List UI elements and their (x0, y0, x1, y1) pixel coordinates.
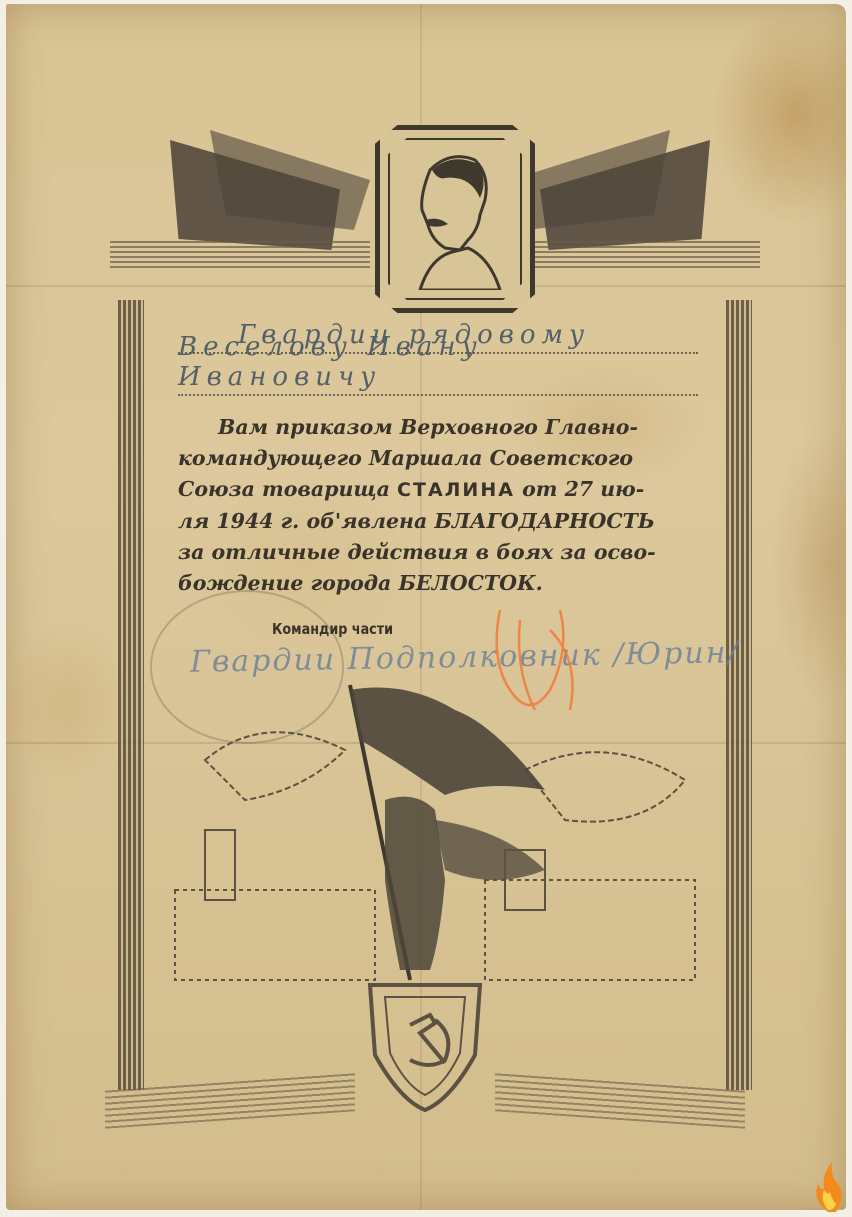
body-line: командующего Маршала Советского (178, 443, 698, 474)
ribbon-decoration (500, 240, 760, 268)
hammer-sickle-shield-emblem (350, 975, 500, 1115)
frame-pillar-left (118, 300, 144, 1090)
flame-icon (808, 1160, 848, 1212)
commander-label: Командир части (272, 620, 393, 638)
recipient-name: Веселову Ивану Ивановичу (178, 360, 698, 396)
header-illustration (110, 120, 760, 300)
portrait-frame (375, 125, 535, 313)
body-line: за отличные действия в боях за осво- (178, 537, 698, 568)
portrait-icon (390, 140, 510, 290)
soldier-banner-illustration (145, 680, 725, 1000)
frame-pillar-right (726, 300, 752, 1090)
body-line: Вам приказом Верховного Главно- (178, 412, 698, 443)
commendation-text: Вам приказом Верховного Главно- командую… (178, 412, 698, 599)
body-line: Союза товарища СТАЛИНА от 27 ию- (178, 474, 698, 506)
ribbon-decoration (110, 240, 370, 268)
body-line: ля 1944 г. об'явлена БЛАГОДАРНОСТЬ (178, 506, 698, 537)
